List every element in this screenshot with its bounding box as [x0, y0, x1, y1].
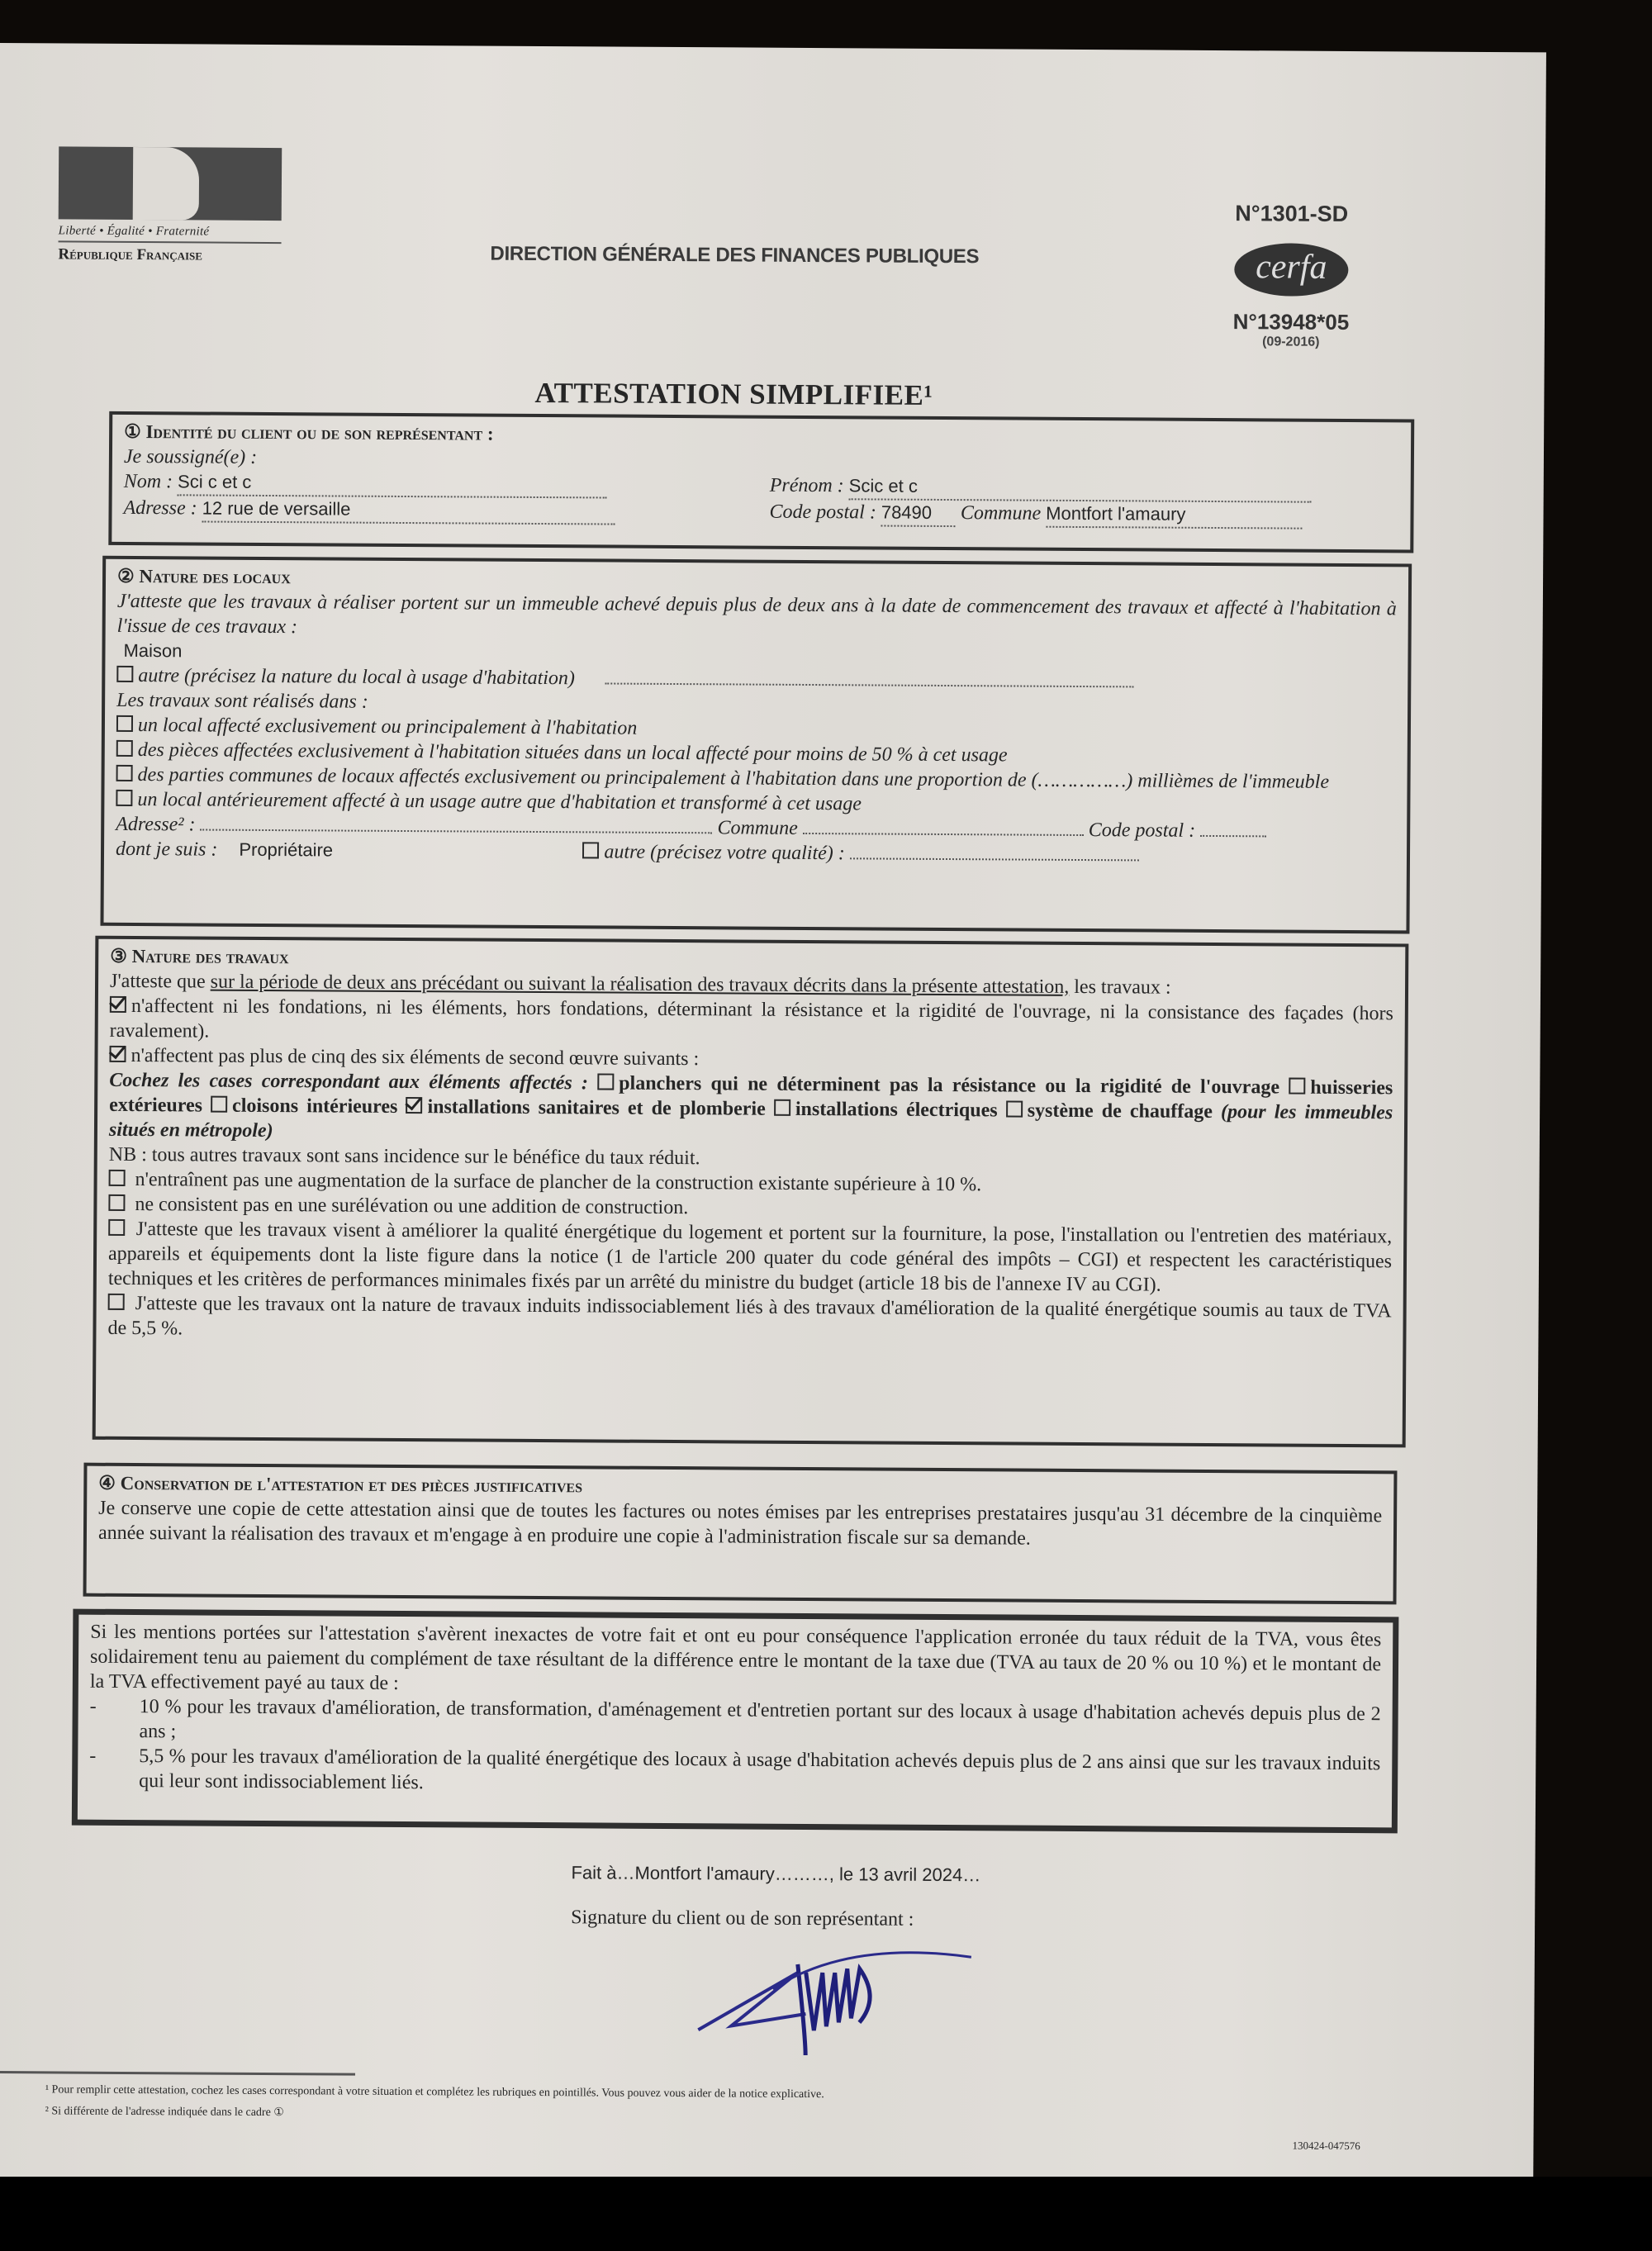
checkbox-element[interactable] — [1289, 1078, 1305, 1095]
page-title: ATTESTATION SIMPLIFIEE¹ — [534, 377, 933, 412]
checkbox-surface[interactable] — [109, 1170, 126, 1186]
autre-qualite-field[interactable] — [850, 857, 1139, 861]
commune2-label: Commune — [717, 817, 797, 839]
warning-box: Si les mentions portées sur l'attestatio… — [72, 1609, 1399, 1834]
warning-bullet: -5,5 % pour les travaux d'amélioration d… — [89, 1744, 1380, 1802]
cochez-label: Cochez les cases correspondant aux éléme… — [109, 1070, 588, 1095]
checkbox-element[interactable] — [1006, 1100, 1023, 1117]
checkbox-option[interactable] — [116, 790, 132, 806]
agency-name: DIRECTION GÉNÉRALE DES FINANCES PUBLIQUE… — [490, 243, 979, 269]
item-surface: n'entraînent pas une augmentation de la … — [135, 1169, 982, 1195]
cp-field[interactable]: 78490 — [881, 501, 956, 528]
qualite-label: dont je suis : — [116, 838, 217, 861]
logo-republic: République Française — [58, 245, 281, 265]
option-label: un local antérieurement affecté à un usa… — [137, 789, 862, 814]
checkbox-energetique[interactable] — [108, 1219, 125, 1236]
adresse-label: Adresse : — [123, 497, 197, 520]
bullet-text: 10 % pour les travaux d'amélioration, de… — [139, 1694, 1380, 1751]
cerfa-date: (09-2016) — [1221, 335, 1361, 350]
cerfa-block: N°1301-SD cerfa N°13948*05 (09-2016) — [1221, 201, 1362, 350]
cp2-field[interactable] — [1200, 835, 1266, 837]
element-label: système de chauffage — [1028, 1100, 1213, 1123]
intro-text: J'atteste que les travaux à réaliser por… — [117, 589, 1397, 646]
document-id: 130424-047576 — [1292, 2139, 1360, 2154]
prenom-label: Prénom : — [770, 475, 844, 497]
logo-motto: Liberté • Égalité • Fraternité — [59, 224, 282, 244]
item-second-oeuvre: n'affectent pas plus de cinq des six élé… — [131, 1045, 699, 1070]
autre-local-label: autre (précisez la nature du local à usa… — [138, 665, 575, 689]
option-label: des pièces affectées exclusivement à l'h… — [138, 739, 1008, 766]
commune-field[interactable]: Montfort l'amaury — [1046, 501, 1302, 530]
cp2-label: Code postal : — [1089, 819, 1195, 842]
form-page: Liberté • Égalité • Fraternité Républiqu… — [0, 43, 1546, 2186]
item-fondations: n'affectent ni les fondations, ni les él… — [110, 995, 1393, 1042]
checkbox-option[interactable] — [116, 765, 133, 781]
qualite-field[interactable]: Propriétaire — [222, 838, 577, 865]
warning-text: Si les mentions portées sur l'attestatio… — [90, 1620, 1382, 1702]
section-conservation: ④ Conservation de l'attestation et des p… — [83, 1463, 1398, 1605]
checkbox-travaux-induits[interactable] — [108, 1294, 125, 1310]
checkbox-element[interactable] — [406, 1097, 422, 1114]
marianne-icon — [59, 146, 282, 221]
form-number: N°1301-SD — [1222, 201, 1362, 227]
option-label: un local affecté exclusivement ou princi… — [138, 715, 637, 739]
adresse2-field[interactable] — [200, 829, 712, 833]
checkbox-surelevation[interactable] — [108, 1194, 125, 1211]
item-travaux-induits: J'atteste que les travaux ont la nature … — [107, 1293, 1391, 1339]
footnote-1: ¹ Pour remplir cette attestation, cochez… — [45, 2083, 824, 2101]
adresse-field[interactable]: 12 rue de versaille — [202, 496, 615, 525]
intro-underlined: sur la période de deux ans précédant ou … — [211, 971, 1070, 998]
cerfa-logo-icon: cerfa — [1234, 243, 1348, 297]
section-travaux: ③ Nature des travaux J'atteste que sur l… — [93, 936, 1409, 1448]
element-label: planchers qui ne déterminent pas la rési… — [619, 1073, 1279, 1099]
checkbox-autre-local[interactable] — [116, 666, 133, 682]
prenom-field[interactable]: Scic et c — [849, 473, 1312, 502]
item-surelevation: ne consistent pas en une surélévation ou… — [135, 1194, 688, 1218]
nom-field[interactable]: Sci c et c — [178, 469, 607, 498]
conservation-text: Je conserve une copie de cette attestati… — [98, 1496, 1382, 1553]
date-label: le — [839, 1864, 853, 1884]
signature-icon — [681, 1922, 1013, 2064]
element-label: cloisons intérieures — [232, 1095, 397, 1118]
nom-label: Nom : — [124, 471, 173, 492]
cp-label: Code postal : — [769, 501, 876, 524]
warning-bullet: -10 % pour les travaux d'amélioration, d… — [89, 1694, 1380, 1752]
autre-local-field[interactable] — [605, 682, 1133, 687]
date-field[interactable]: 13 avril 2024 — [858, 1864, 962, 1885]
item-energetique: J'atteste que les travaux visent à améli… — [108, 1218, 1393, 1296]
place-field[interactable]: Montfort l'amaury — [634, 1863, 774, 1884]
fait-line: Fait à…Montfort l'amaury………, le 13 avril… — [571, 1862, 980, 1886]
cerfa-number: N°13948*05 — [1221, 309, 1361, 335]
checkbox-second-oeuvre[interactable] — [109, 1046, 126, 1062]
checkbox-element[interactable] — [211, 1096, 227, 1113]
marianne-logo: Liberté • Égalité • Fraternité Républiqu… — [58, 146, 282, 265]
autre-qualite-label: autre (précisez votre qualité) : — [604, 841, 845, 864]
section-identity: ① Identité du client ou de son représent… — [108, 411, 1414, 553]
adresse2-label: Adresse² : — [116, 814, 195, 836]
element-label: installations électriques — [795, 1099, 998, 1121]
commune2-field[interactable] — [803, 833, 1084, 836]
section-locaux: ② Nature des locaux J'atteste que les tr… — [100, 556, 1412, 934]
intro-b: les travaux : — [1069, 976, 1170, 999]
checkbox-option[interactable] — [116, 740, 133, 757]
checkbox-autre-qualite[interactable] — [582, 842, 599, 858]
checkbox-element[interactable] — [597, 1073, 614, 1090]
checkbox-option[interactable] — [116, 715, 133, 732]
background — [0, 2177, 1652, 2251]
fait-label: Fait à — [571, 1862, 616, 1883]
checkbox-fondations[interactable] — [110, 996, 126, 1013]
bullet-text: 5,5 % pour les travaux d'amélioration de… — [139, 1744, 1380, 1801]
footnote-2: ² Si différente de l'adresse indiquée da… — [45, 2104, 284, 2120]
commune-label: Commune — [961, 502, 1041, 525]
intro-a: J'atteste que — [110, 971, 211, 993]
footnote-divider — [0, 2071, 355, 2076]
checkbox-element[interactable] — [774, 1099, 790, 1116]
element-label: installations sanitaires et de plomberie — [427, 1096, 765, 1119]
